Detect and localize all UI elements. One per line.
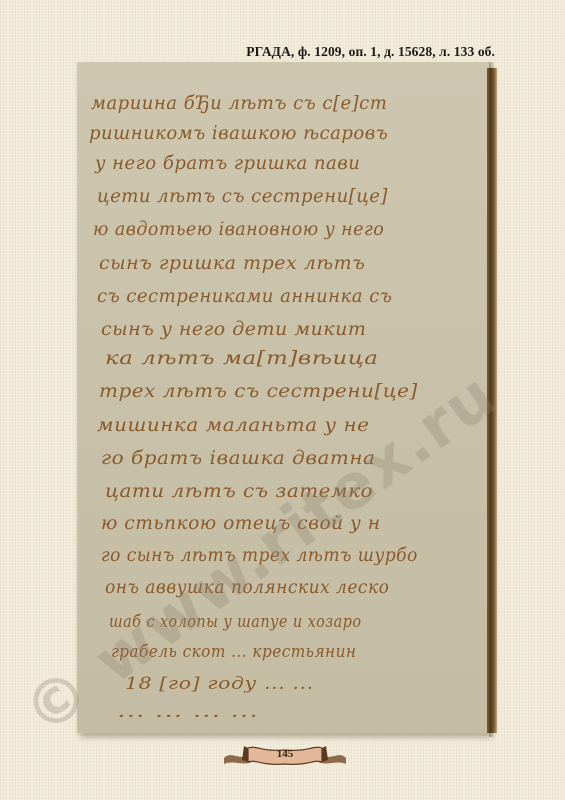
page-number: 145 [222,748,348,760]
handwritten-line: цети лѣтъ съ сестрени[це] [97,185,388,207]
handwritten-line: онъ аввушка полянских леско [105,576,389,598]
handwritten-line: сынъ у него дети микит [101,318,366,340]
handwritten-line: сынъ гришка трех лѣтъ [99,252,365,274]
page-edge [489,62,495,737]
handwritten-line: съ сестрениками аннинка съ [97,285,392,307]
handwritten-line: ю стьпкою отецъ свой у н [101,512,381,534]
handwritten-text: мариина бЂи лѣтъ съ с[е]ст ришникомъ іва… [77,62,489,733]
handwritten-line: цати лѣтъ съ затемко [105,480,373,502]
handwritten-line: трех лѣтъ съ сестрени[це] [99,380,418,402]
handwritten-line: грабель скот ... крестьянин [111,642,356,662]
handwritten-line: ... ... ... ... [117,702,259,722]
handwritten-line: го братъ івашка дватна [101,447,375,469]
handwritten-line: у него братъ гришка пави [95,152,360,174]
page-number-banner: 145 [222,742,348,768]
handwritten-line: го сынъ лѣтъ трех лѣтъ шурбо [101,544,418,566]
handwritten-line: ришникомъ івашкою ѣсаровъ [89,122,388,144]
archive-reference: РГАДА, ф. 1209, оп. 1, д. 15628, л. 133 … [246,44,495,60]
handwritten-line: ю авдотьею івановною у него [93,218,384,240]
handwritten-line: мариина бЂи лѣтъ съ с[е]ст [91,92,387,114]
handwritten-line: шаб с холопы у шапуе и хозаро [109,612,361,632]
handwritten-line: мишинка маланьта у не [97,414,370,436]
manuscript-page: мариина бЂи лѣтъ съ с[е]ст ришникомъ іва… [77,62,489,733]
handwritten-line: 18 [го] году ... ... [125,674,314,694]
handwritten-line: ка лѣтъ ма[т]вѣица [105,347,378,369]
